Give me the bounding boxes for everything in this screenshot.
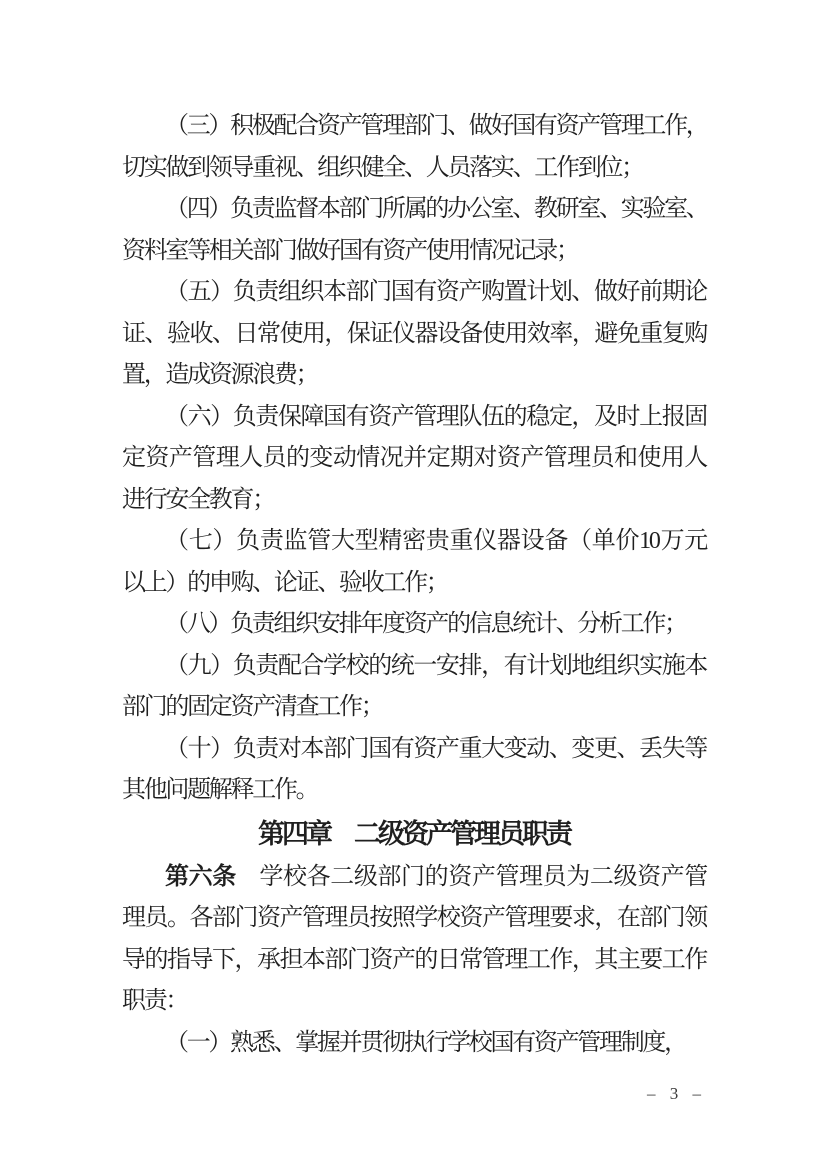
article-6-line-1-text: 学校各二级部门的资产管理员为二级资产管 — [236, 864, 706, 890]
article-6-number: 第六条 — [165, 863, 236, 890]
document-page: （三）积极配合资产管理部门、做好国有资产管理工作， 切实做到领导重视、组织健全、… — [0, 0, 826, 1169]
article-6-line-1: 第六条 学校各二级部门的资产管理员为二级资产管 — [122, 856, 706, 899]
body-line-11: （七）负责监管大型精密贵重仪器设备（单价10万元 — [122, 521, 706, 563]
body-line-17: 其他问题解释工作。 — [122, 770, 706, 812]
body-line-2: 切实做到领导重视、组织健全、人员落实、工作到位； — [122, 148, 706, 190]
body-line-5: （五）负责组织本部门国有资产购置计划、做好前期论 — [122, 272, 706, 314]
chapter-heading: 第四章 二级资产管理员职责 — [122, 812, 706, 856]
body-line-9: 定资产管理人员的变动情况并定期对资产管理员和使用人 — [122, 438, 706, 480]
article-6-line-3: 导的指导下，承担本部门资产的日常管理工作，其主要工作 — [122, 940, 706, 982]
body-line-12: 以上）的申购、论证、验收工作； — [122, 563, 706, 605]
article-6-line-2: 理员。各部门资产管理员按照学校资产管理要求，在部门领 — [122, 898, 706, 940]
body-line-16: （十）负责对本部门国有资产重大变动、变更、丢失等 — [122, 729, 706, 771]
body-line-1: （三）积极配合资产管理部门、做好国有资产管理工作， — [122, 106, 706, 148]
article-6-line-4: 职责： — [122, 981, 706, 1023]
body-line-14: （九）负责配合学校的统一安排，有计划地组织实施本 — [122, 646, 706, 688]
body-line-3: （四）负责监督本部门所属的办公室、教研室、实验室、 — [122, 189, 706, 231]
page-number: – 3 – — [647, 1083, 706, 1105]
text-column: （三）积极配合资产管理部门、做好国有资产管理工作， 切实做到领导重视、组织健全、… — [122, 106, 706, 1064]
item-1-line: （一）熟悉、掌握并贯彻执行学校国有资产管理制度， — [122, 1023, 706, 1065]
body-line-13: （八）负责组织安排年度资产的信息统计、分析工作； — [122, 604, 706, 646]
body-line-8: （六）负责保障国有资产管理队伍的稳定，及时上报固 — [122, 397, 706, 439]
body-line-10: 进行安全教育； — [122, 480, 706, 522]
body-line-4: 资料室等相关部门做好国有资产使用情况记录； — [122, 231, 706, 273]
body-line-6: 证、验收、日常使用，保证仪器设备使用效率，避免重复购 — [122, 314, 706, 356]
body-line-15: 部门的固定资产清查工作； — [122, 687, 706, 729]
body-line-7: 置，造成资源浪费； — [122, 355, 706, 397]
